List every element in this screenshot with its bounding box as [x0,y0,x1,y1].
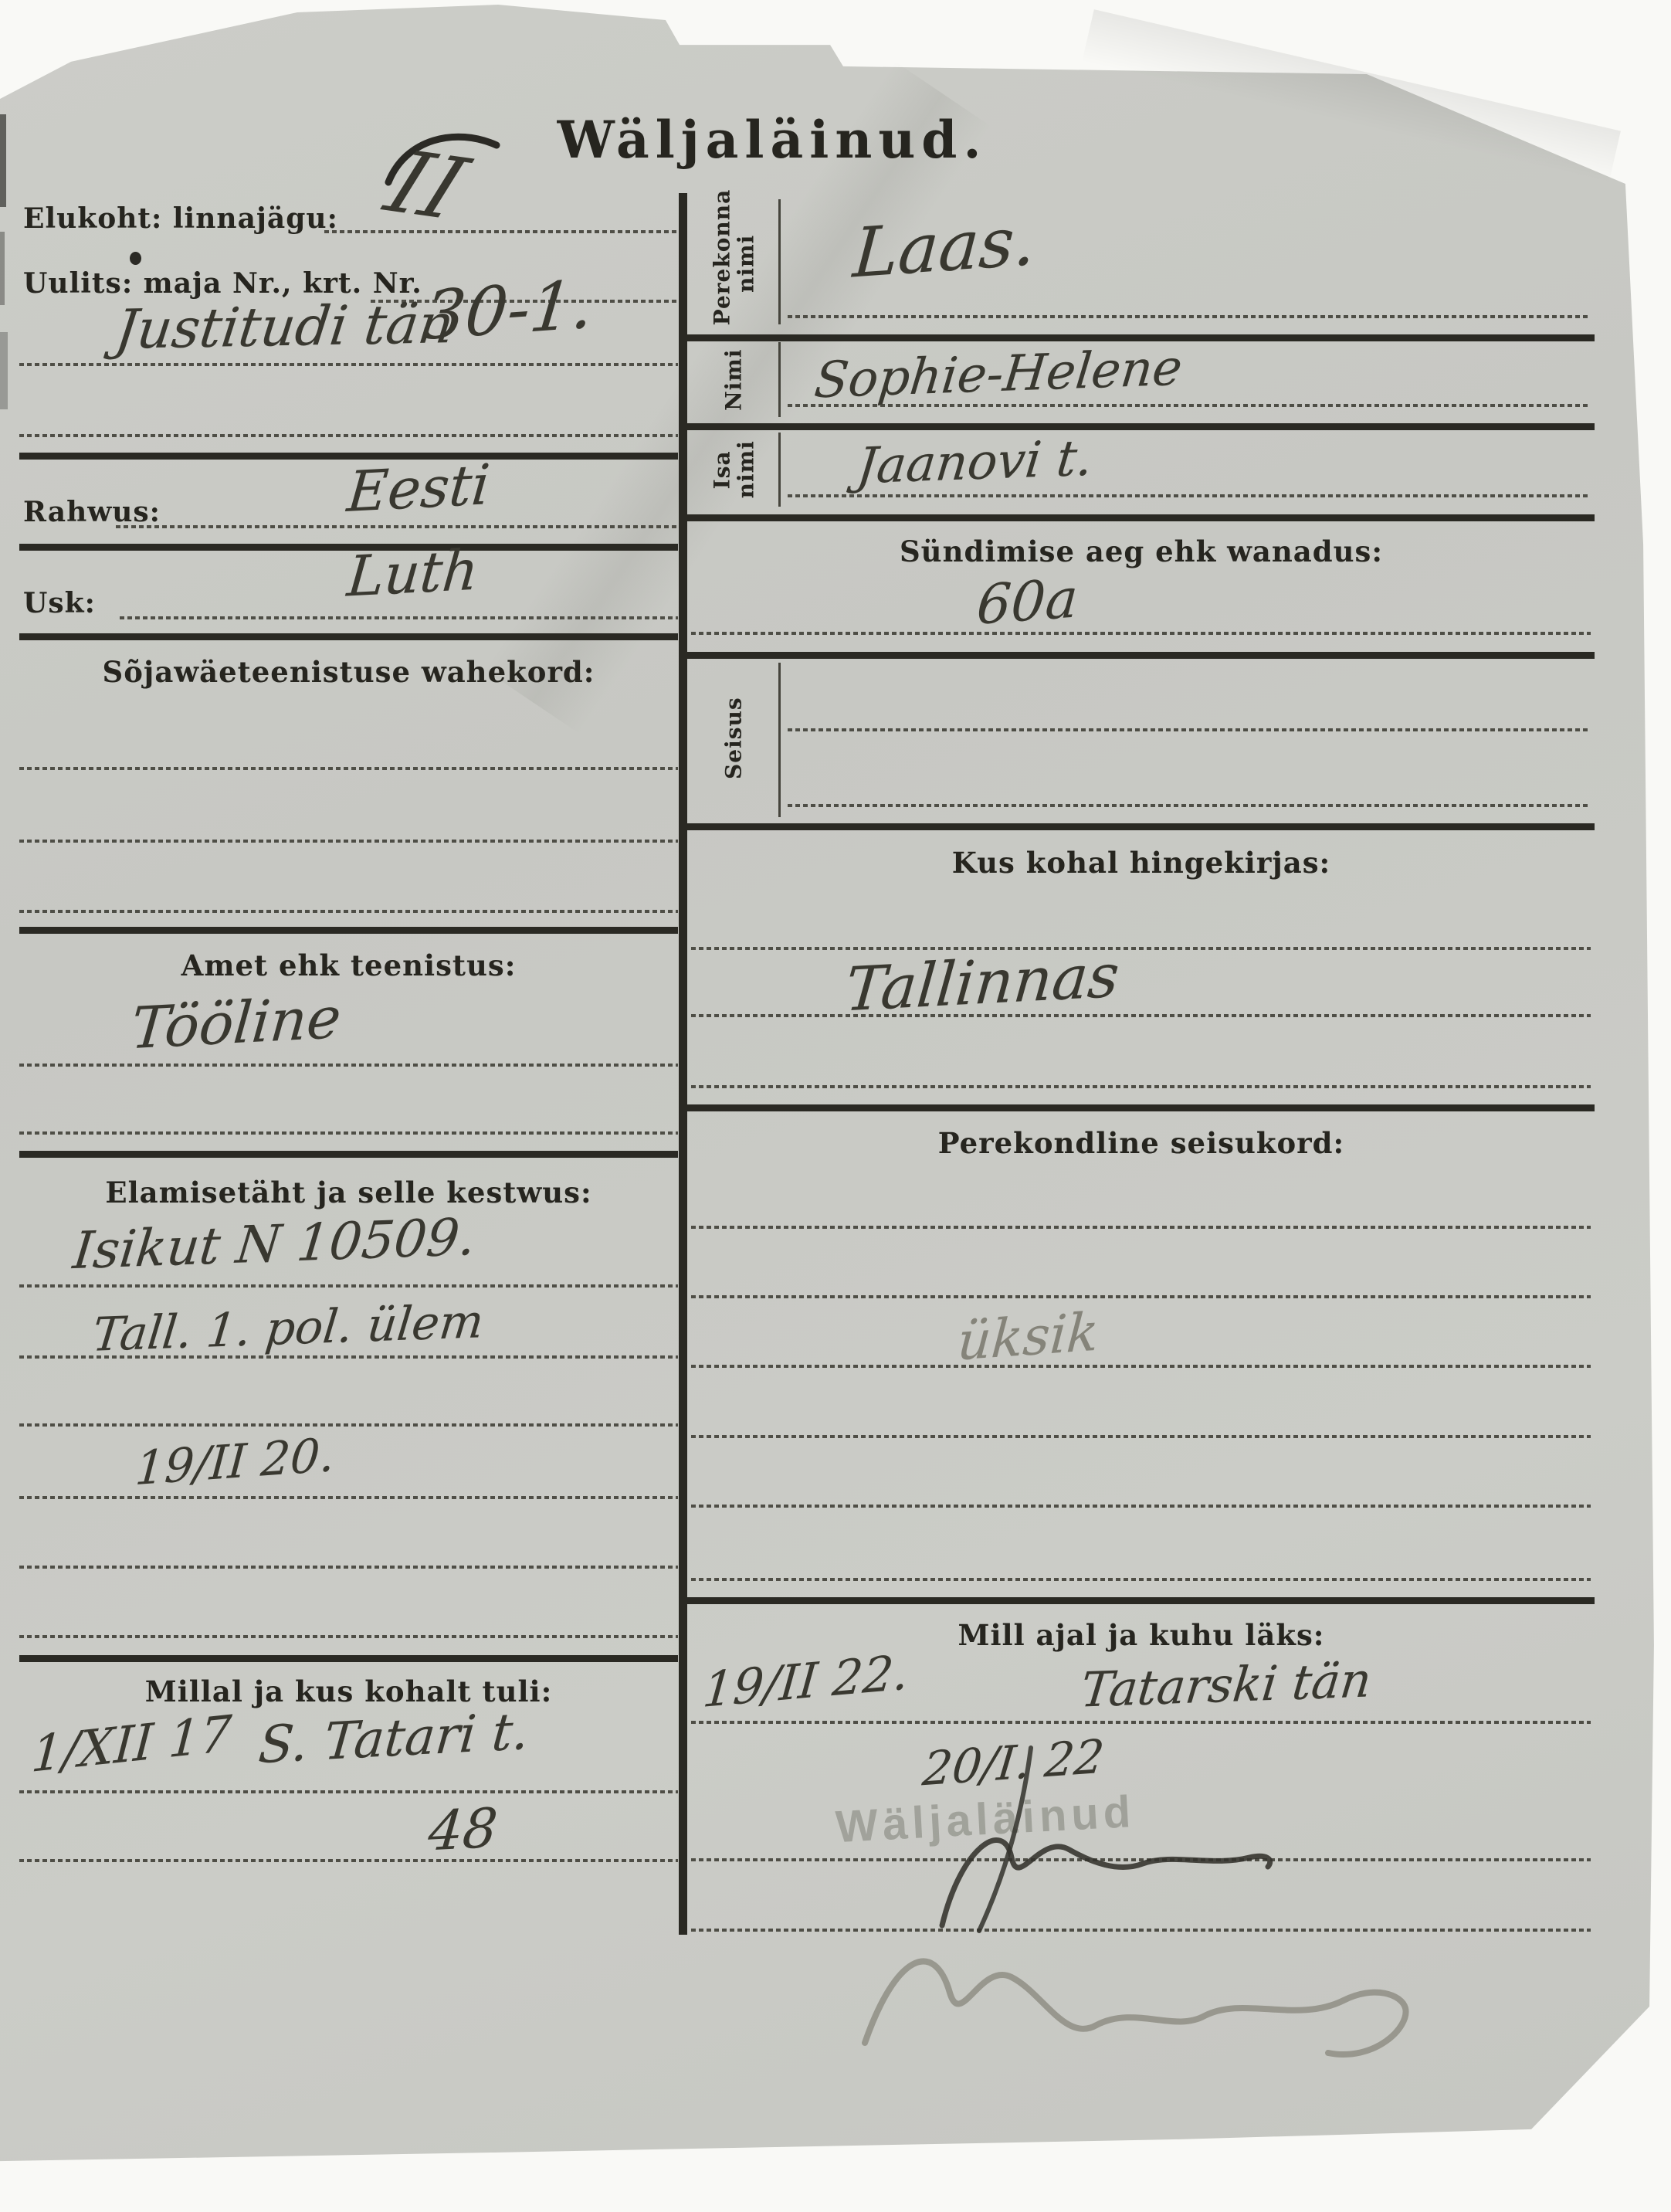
dotted-line [691,947,1591,950]
label-separator-line [778,342,781,417]
dotted-line [691,1435,1591,1438]
rule-line [19,1655,678,1662]
label-separator-line [778,663,781,817]
scan-edge-artifact [0,114,6,207]
dotted-line [788,315,1591,318]
dotted-line [19,840,678,843]
residence-permit-header: Elamisetäht ja selle kestwus: [19,1176,678,1209]
ink-dot [130,252,141,265]
dotted-line [691,1505,1591,1508]
occupation-header: Amet ehk teenistus: [19,948,678,982]
surname-value: Laas. [851,200,1039,293]
dotted-line [19,1131,678,1135]
dotted-line [691,632,1591,635]
label-separator-line [778,433,781,507]
dotted-line [120,616,678,619]
column-divider [679,193,687,1935]
dotted-line [19,1064,678,1067]
dotted-line [691,1721,1591,1724]
scan-edge-artifact [0,332,8,409]
dotted-line [19,1566,678,1569]
scanned-registration-card: Wäljaläinud. Elukoht: linnajägu: II Uuli… [0,0,1671,2212]
dotted-line [691,1365,1591,1368]
nationality-value: Eesti [344,452,492,524]
birth-age-value: 60a [974,566,1080,637]
father-name-label: Isa nimi [710,441,758,498]
dotted-line [19,1635,678,1638]
dotted-line [691,1578,1591,1581]
dotted-line [788,494,1591,497]
status-label: Seisus [722,697,746,780]
rule-line [19,453,678,460]
surname-label: Perekonna nimi [710,202,758,326]
departure-place-value: Tatarski tän [1078,1651,1374,1718]
dotted-line [324,230,678,233]
dotted-line [691,1014,1591,1017]
dotted-line [788,728,1591,731]
dotted-line [19,363,678,366]
scan-edge-artifact [0,232,5,305]
residence-district-label: Elukoht: linnajägu: [23,202,338,235]
form-title: Wäljaläinud. [432,110,1112,170]
family-status-value: üksik [955,1301,1100,1372]
arrival-house-number-value: 48 [425,1796,500,1863]
rule-line [687,514,1595,521]
rule-line [687,1104,1595,1111]
departure-header: Mill ajal ja kuhu läks: [688,1618,1595,1652]
dotted-line [691,1085,1591,1088]
name-label: Nimi [722,348,746,411]
register-header: Kus kohal hingekirjas: [688,846,1595,880]
register-value: Tallinnas [842,941,1122,1025]
rule-line [687,823,1595,830]
rule-line [687,423,1595,430]
dotted-line [19,1284,678,1288]
dotted-line [691,1295,1591,1298]
rule-line [19,927,678,934]
dotted-line [691,1226,1591,1229]
rule-line [687,1597,1595,1604]
label-separator-line [778,199,781,324]
religion-value: Luth [344,537,481,609]
father-name-label-cell: Isa nimi [690,425,778,514]
dotted-line [788,804,1591,807]
religion-label: Usk: [23,587,96,619]
rule-line [687,652,1595,659]
street-name-value: Justitudi tän [112,292,457,361]
rule-line [19,1151,678,1158]
dotted-line [19,1496,678,1499]
dotted-line [19,1790,678,1793]
name-label-cell: Nimi [690,336,778,423]
dotted-line [19,767,678,770]
occupation-value: Tööline [128,985,344,1063]
father-name-value: Jaanovi t. [854,430,1095,496]
military-service-header: Sõjawäeteenistuse wahekord: [19,655,678,689]
family-status-header: Perekondline seisukord: [688,1126,1595,1160]
status-label-cell: Seisus [690,653,778,823]
birth-age-header: Sündimise aeg ehk wanadus: [688,534,1595,568]
dotted-line [116,525,678,528]
dotted-line [19,434,678,437]
rule-line [19,633,678,640]
rule-line [19,544,678,551]
surname-label-cell: Perekonna nimi [690,193,778,334]
dotted-line [19,1355,678,1359]
dotted-line [788,404,1591,407]
nationality-label: Rahwus: [23,496,161,528]
dotted-line [19,1859,678,1862]
arrival-header: Millal ja kus kohalt tuli: [19,1674,678,1708]
pencil-signature [834,1908,1452,2078]
dotted-line [19,1423,678,1427]
dotted-line [19,910,678,913]
